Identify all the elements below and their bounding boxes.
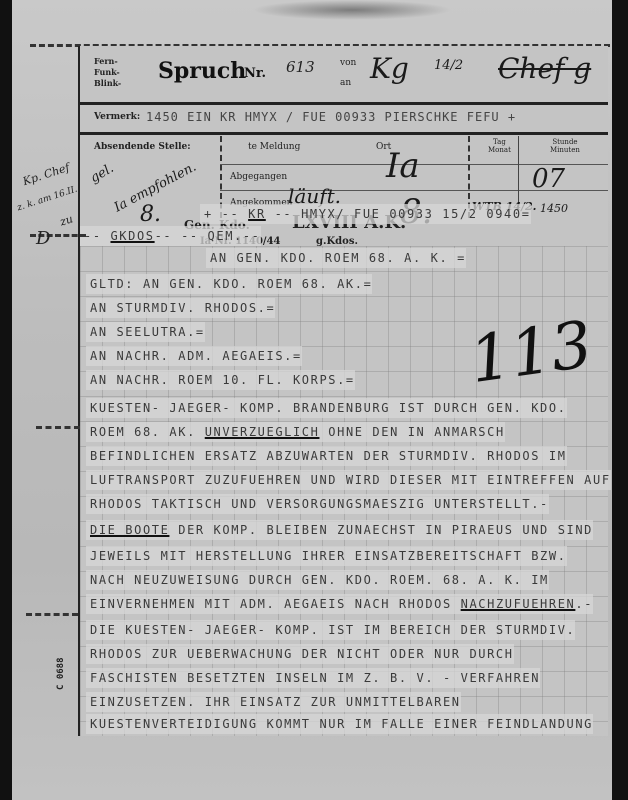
- fold-shadow: [252, 0, 452, 20]
- margin-initial: D: [36, 228, 50, 249]
- message-line: -- GKDOS-- -- QEM.--: [80, 226, 261, 246]
- message-line: EINZUSETZEN. IHR EINSATZ ZUR UNMITTELBAR…: [86, 692, 461, 712]
- scan-border-left: [0, 0, 12, 800]
- message-line: JEWEILS MIT HERSTELLUNG IHRER EINSATZBER…: [86, 546, 567, 566]
- underlined-phrase: NACHZUFUEHREN: [461, 597, 576, 611]
- message-line: FASCHISTEN BESETZTEN INSELN IM Z. B. V. …: [86, 668, 540, 688]
- message-line: AN NACHR. ROEM 10. FL. KORPS.=: [86, 370, 355, 390]
- ort-handwritten-top: Ia: [386, 146, 420, 186]
- underlined-phrase: DIE BOOTE: [90, 523, 169, 537]
- underlined-phrase: GKDOS: [110, 229, 154, 243]
- message-line: DIE BOOTE DER KOMP. BLEIBEN ZUNAECHST IN…: [86, 520, 593, 540]
- message-line: + -- KR -- HMYX/ FUE 00933 15/2 0940=: [200, 204, 531, 224]
- message-line: KUESTEN- JAEGER- KOMP. BRANDENBURG IST D…: [86, 398, 567, 418]
- vermerk-label: Vermerk:: [94, 112, 140, 122]
- underlined-phrase: UNVERZUEGLICH: [205, 425, 320, 439]
- message-line: LUFTRANSPORT ZUZUFUEHREN UND WIRD DIESER…: [86, 470, 611, 490]
- message-line: AN STURMDIV. RHODOS.=: [86, 298, 275, 318]
- type-funk: Funk-: [94, 67, 121, 78]
- absender-note-3: 8.: [140, 202, 161, 227]
- message-line: RHODOS TAKTISCH UND VERSORGUNGSMAESZIG U…: [86, 494, 549, 514]
- spruch-number: 613: [286, 58, 315, 76]
- message-line: EINVERNEHMEN MIT ADM. AEGAEIS NACH RHODO…: [86, 594, 593, 614]
- absender-note-1: gel.: [88, 161, 117, 186]
- form-title: Spruch: [158, 58, 246, 84]
- stunde-label: Stunde: [550, 138, 580, 146]
- vermerk-row: Vermerk: 1450 EIN KR HMYX / FUE 00933 PI…: [80, 106, 608, 135]
- from-date: 14/2: [434, 58, 463, 73]
- scan-border-right: [612, 0, 628, 800]
- type-fern: Fern-: [94, 56, 121, 67]
- message-line: NACH NEUZUWEISUNG DURCH GEN. KDO. ROEM. …: [86, 570, 549, 590]
- message-line: AN NACHR. ADM. AEGAEIS.=: [86, 346, 302, 366]
- stunde-minuten-label: Stunde Minuten: [550, 138, 580, 154]
- catalog-number: C 0688: [56, 657, 66, 690]
- vermerk-text: 1450 EIN KR HMYX / FUE 00933 PIERSCHKE F…: [146, 110, 516, 124]
- message-line: DIE KUESTEN- JAEGER- KOMP. IST IM BEREIC…: [86, 620, 575, 640]
- von-label: von: [340, 58, 356, 68]
- type-blink: Blink-: [94, 78, 121, 89]
- spruch-form: Fern- Funk- Blink- Spruch Nr. 613 von an…: [78, 46, 608, 736]
- message-line: BEFINDLICHEN ERSATZ ABZUWARTEN DER STURM…: [86, 446, 567, 466]
- monat-label: Monat: [488, 146, 511, 154]
- cut-mark: [26, 613, 78, 616]
- to-handwritten: Chef g: [498, 52, 591, 85]
- tag-label: Tag: [488, 138, 511, 146]
- form-header: Fern- Funk- Blink- Spruch Nr. 613 von an…: [80, 46, 608, 105]
- message-type-labels: Fern- Funk- Blink-: [94, 56, 121, 89]
- underlined-phrase: KR: [248, 207, 266, 221]
- cut-mark: [36, 426, 80, 429]
- message-line: RHODOS ZUR UEBERWACHUNG DER NICHT ODER N…: [86, 644, 514, 664]
- message-line: AN GEN. KDO. ROEM 68. A. K. =: [206, 248, 466, 268]
- tag-monat-label: Tag Monat: [488, 138, 511, 154]
- minuten-label: Minuten: [550, 146, 580, 154]
- meldung-label: te Meldung: [248, 142, 300, 152]
- abgegangen-label: Abgegangen: [230, 172, 287, 182]
- nr-label: Nr.: [244, 66, 266, 81]
- message-line: AN SEELUTRA.=: [86, 322, 205, 342]
- message-line: ROEM 68. AK. UNVERZUEGLICH OHNE DEN IN A…: [86, 422, 505, 442]
- an-label: an: [340, 78, 351, 88]
- message-line: KUESTENVERTEIDIGUNG KOMMT NUR IM FALLE E…: [86, 714, 593, 734]
- stunde-handwritten-bottom: 1450: [540, 202, 568, 215]
- from-handwritten: Kg: [370, 52, 409, 85]
- absendende-stelle-label: Absendende Stelle:: [94, 142, 191, 152]
- message-line: GLTD: AN GEN. KDO. ROEM 68. AK.=: [86, 274, 372, 294]
- stunde-handwritten-top: 07: [532, 164, 565, 194]
